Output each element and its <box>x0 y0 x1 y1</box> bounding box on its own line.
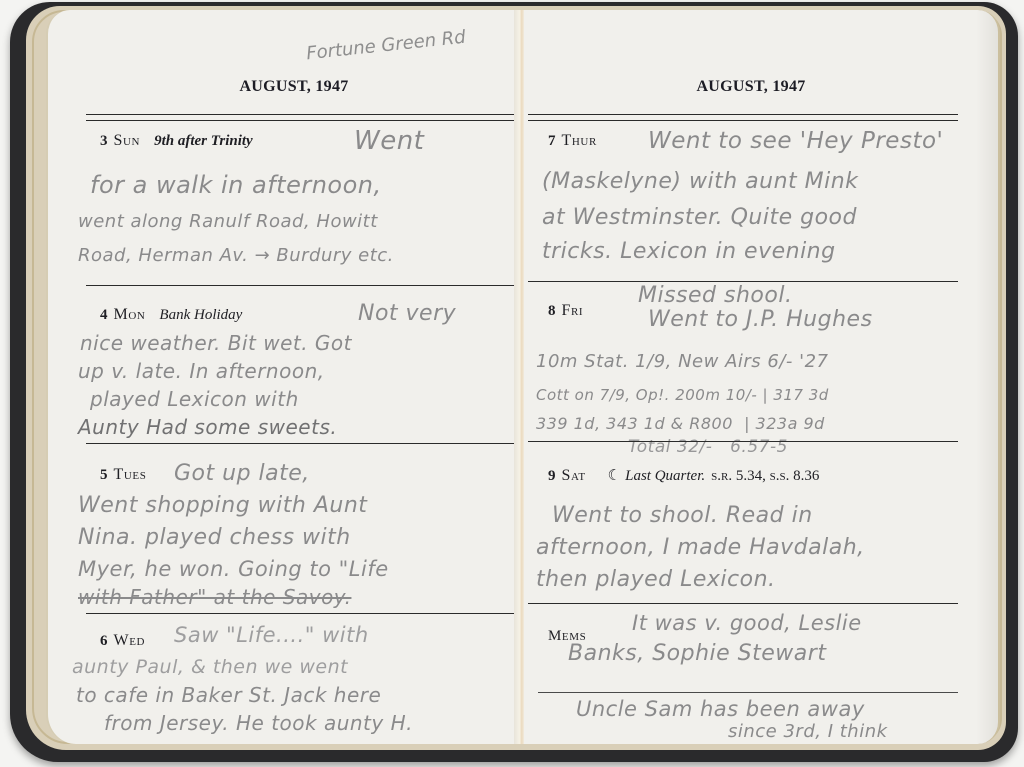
handwriting-line: since 3rd, I think <box>728 718 888 744</box>
handwriting-line: Went to shool. Read in <box>552 502 813 529</box>
day-label: 9Sat☾Last Quarter.s.r. 5.34, s.s. 8.36 <box>548 466 819 485</box>
day-label: 4MonBank Holiday <box>100 306 242 324</box>
day-number: 4 <box>100 307 108 323</box>
handwriting-line: Got up late, <box>174 460 310 487</box>
handwriting-line: aunty Paul, & then we went <box>72 654 348 681</box>
handwriting-line: Road, Herman Av. → Burdury etc. <box>78 242 394 269</box>
day-label: 5Tues <box>100 466 146 484</box>
handwriting-line: from Jersey. He took aunty H. <box>104 710 413 737</box>
day-label: 8Fri <box>548 302 583 320</box>
handwriting-line: up v. late. In afternoon, <box>78 358 325 385</box>
printed-note: 9th after Trinity <box>154 133 253 149</box>
handwriting-line: nice weather. Bit wet. Got <box>80 330 352 357</box>
handwriting-line: Myer, he won. Going to "Life <box>78 556 389 583</box>
handwriting-line: Cott on 7/9, Op!. 200m 10/- | 317 3d <box>536 382 829 409</box>
handwriting-line: Aunty Had some sweets. <box>78 414 337 441</box>
handwriting-line: to cafe in Baker St. Jack here <box>76 682 381 709</box>
handwriting-line: at Westminster. Quite good <box>542 204 857 231</box>
printed-note: Bank Holiday <box>159 307 242 323</box>
page-title: AUGUST, 1947 <box>68 78 520 96</box>
left-page: Fortune Green Rd AUGUST, 1947 3Sun9th af… <box>46 10 520 744</box>
day-number: 9 <box>548 468 556 484</box>
handwriting-line: went along Ranulf Road, Howitt <box>78 208 378 235</box>
handwriting-line: Not very <box>358 300 456 327</box>
day-name: Sun <box>114 132 141 149</box>
header-rule <box>86 114 514 121</box>
diary-entry-aug-4: 4MonBank Holiday Not very nice weather. … <box>64 286 514 444</box>
right-page: AUGUST, 1947 7Thur Went to see 'Hey Pres… <box>524 10 1000 744</box>
diary-entry-aug-8: 8Fri Missed shool. Went to J.P. Hughes 1… <box>528 282 958 444</box>
handwriting-line: for a walk in afternoon, <box>90 172 382 199</box>
handwriting-line: Went to see 'Hey Presto' <box>648 128 943 155</box>
diary-entry-aug-9: 9Sat☾Last Quarter.s.r. 5.34, s.s. 8.36 W… <box>528 444 958 604</box>
handwriting-line: (Maskelyne) with aunt Mink <box>542 168 858 195</box>
handwriting-line: 10m Stat. 1/9, New Airs 6/- '27 <box>536 348 828 375</box>
day-name: Fri <box>562 302 584 319</box>
day-name: Sat <box>562 467 586 484</box>
day-name: Tues <box>114 466 147 483</box>
handwriting-line: Went <box>354 128 424 155</box>
handwriting-line: 339 1d, 343 1d & R800 | 323a 9d <box>536 410 825 437</box>
handwriting-line: Went to J.P. Hughes <box>648 306 873 333</box>
day-label: 7Thur <box>548 132 597 150</box>
day-name: Wed <box>114 632 146 649</box>
mems-section: Mems It was v. good, Leslie Banks, Sophi… <box>528 604 958 744</box>
handwriting-line: afternoon, I made Havdalah, <box>536 534 865 561</box>
day-label: 3Sun9th after Trinity <box>100 132 253 150</box>
handwriting-line: It was v. good, Leslie <box>632 610 862 637</box>
day-name: Thur <box>562 132 597 149</box>
margin-note: Fortune Green Rd <box>306 30 467 63</box>
day-number: 5 <box>100 467 108 483</box>
header-rule <box>528 114 958 121</box>
handwriting-line: tricks. Lexicon in evening <box>542 238 836 265</box>
day-number: 7 <box>548 133 556 149</box>
entry-divider <box>528 441 958 442</box>
day-name: Mon <box>114 306 146 323</box>
day-number: 8 <box>548 303 556 319</box>
day-label: 6Wed <box>100 632 145 650</box>
moon-last-quarter-icon: ☾ <box>608 468 621 484</box>
handwriting-line: Went shopping with Aunt <box>78 492 367 519</box>
diary-entry-aug-6: 6Wed Saw "Life...." with aunty Paul, & t… <box>64 614 514 744</box>
handwriting-line: played Lexicon with <box>90 386 299 413</box>
sunrise-sunset-times: s.r. 5.34, s.s. 8.36 <box>711 468 819 484</box>
mems-rule <box>538 692 958 693</box>
diary-entry-aug-3: 3Sun9th after Trinity Went for a walk in… <box>64 122 514 286</box>
page-edge-shadow <box>976 10 998 744</box>
handwriting-line: Missed shool. <box>638 282 792 309</box>
handwriting-line: Banks, Sophie Stewart <box>568 640 826 667</box>
handwriting-line: then played Lexicon. <box>536 566 776 593</box>
diary-entry-aug-7: 7Thur Went to see 'Hey Presto' (Maskelyn… <box>528 122 958 282</box>
diary-entry-aug-5: 5Tues Got up late, Went shopping with Au… <box>64 444 514 610</box>
page-title: AUGUST, 1947 <box>524 78 998 96</box>
handwriting-line: Saw "Life...." with <box>174 622 369 649</box>
day-number: 3 <box>100 133 108 149</box>
handwriting-line-struck: with Father" at the Savoy. <box>78 584 351 611</box>
printed-note: Last Quarter. <box>625 468 705 484</box>
handwriting-line: Nina. played chess with <box>78 524 351 551</box>
day-number: 6 <box>100 633 108 649</box>
